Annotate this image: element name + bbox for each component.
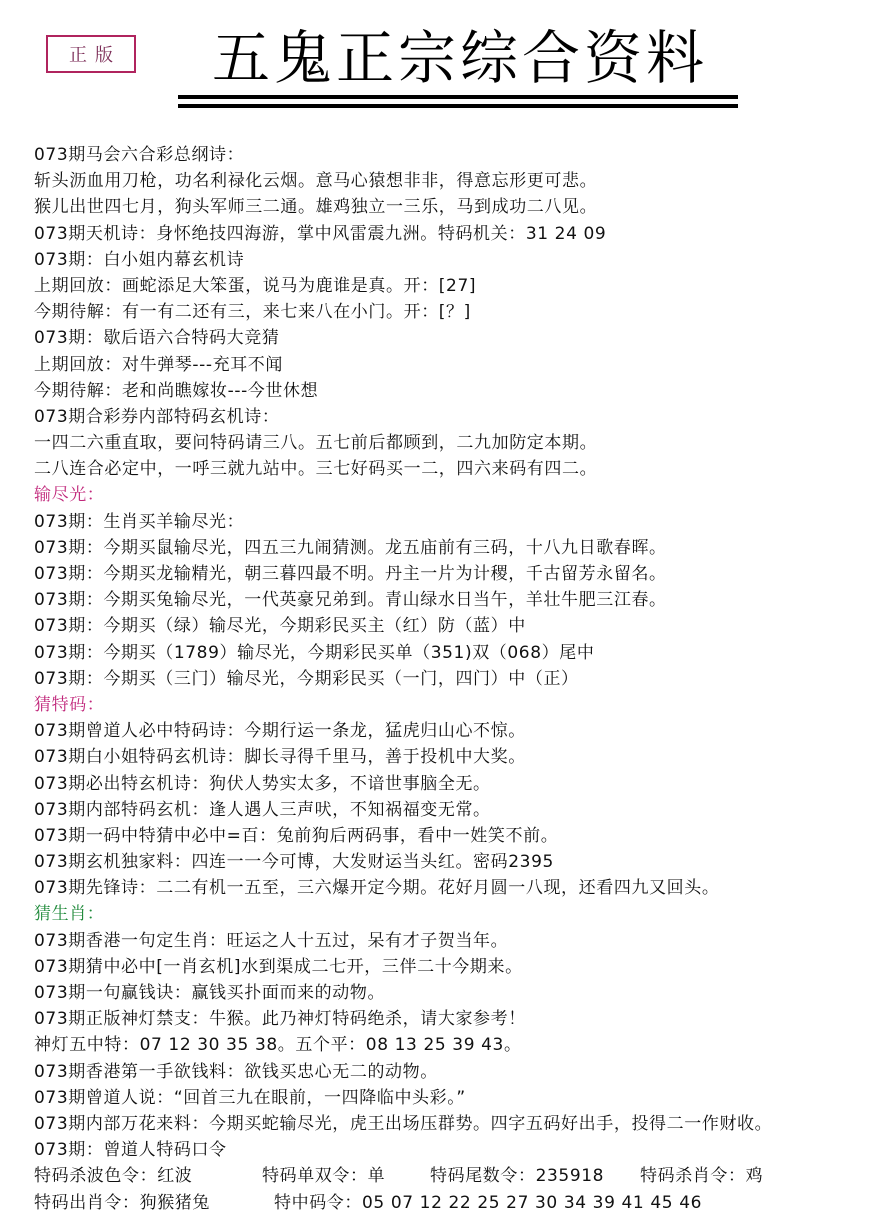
text-line: 073期白小姐特码玄机诗：脚长寻得千里马，善于投机中大奖。 (34, 744, 894, 770)
title-divider-top (178, 95, 738, 99)
text-line: 073期：曾道人特码口令 (34, 1137, 894, 1163)
text-line: 073期内部万花来料：今期买蛇输尽光，虎王出场压群势。四字五码好出手，投得二一作… (34, 1111, 894, 1137)
text-line: 猴儿出世四七月，狗头军师三二通。雄鸡独立一三乐，马到成功二八见。 (34, 194, 894, 220)
text-line: 073期香港一句定生肖：旺运之人十五过，呆有才子贺当年。 (34, 928, 894, 954)
text-line: 073期：今期买兔输尽光，一代英豪兄弟到。青山绿水日当午，羊壮牛肥三江春。 (34, 587, 894, 613)
text-line: 今期待解：有一有二还有三，来七来八在小门。开：[？] (34, 299, 894, 325)
text-line: 073期：今期买（三门）输尽光，今期彩民买（一门，四门）中（正） (34, 666, 894, 692)
text-line: 073期：今期买（1789）输尽光，今期彩民买单（351)双（068）尾中 (34, 640, 894, 666)
text-line: 073期：今期买龙输精光，朝三暮四最不明。丹主一片为计稷，千古留芳永留名。 (34, 561, 894, 587)
text-line: 二八连合必定中，一呼三就九站中。三七好码买一二，四六来码有四二。 (34, 456, 894, 482)
text-line: 073期天机诗：身怀绝技四海游，掌中风雷震九洲。特码机关：31 24 09 (34, 221, 894, 247)
text-line: 上期回放：对牛弹琴---充耳不闻 (34, 352, 894, 378)
content-body: 073期马会六合彩总纲诗： 斩头沥血用刀枪，功名利禄化云烟。意马心猿想非非，得意… (34, 142, 894, 1216)
text-line: 073期曾道人说：“回首三九在眼前，一四降临中头彩。” (34, 1085, 894, 1111)
text-line: 一四二六重直取，要问特码请三八。五七前后都顾到，二九加防定本期。 (34, 430, 894, 456)
text-line: 073期内部特码玄机：逢人遇人三声吠，不知祸福变无常。 (34, 797, 894, 823)
text-line: 073期马会六合彩总纲诗： (34, 142, 894, 168)
order-tail: 特码尾数令：235918 (430, 1163, 640, 1189)
text-line: 斩头沥血用刀枪，功名利禄化云烟。意马心猿想非非，得意忘形更可悲。 (34, 168, 894, 194)
text-line: 073期：白小姐内幕玄机诗 (34, 247, 894, 273)
text-line: 今期待解：老和尚瞧嫁妆---今世休想 (34, 378, 894, 404)
orders-row-1: 特码杀波色令：红波特码单双令：单特码尾数令：235918特码杀肖令：鸡 (34, 1163, 894, 1189)
text-line: 073期合彩券内部特码玄机诗： (34, 404, 894, 430)
text-line: 073期香港第一手欲钱料：欲钱买忠心无二的动物。 (34, 1059, 894, 1085)
section-heading-guess-zodiac: 猜生肖： (34, 901, 894, 927)
title-divider-bottom (178, 104, 738, 108)
text-line: 073期正版神灯禁支：牛猴。此乃神灯特码绝杀，请大家参考！ (34, 1006, 894, 1032)
page-title: 五鬼正宗综合资料 (182, 22, 738, 94)
order-kill-color: 特码杀波色令：红波 (34, 1163, 262, 1189)
orders-row-2: 特码出肖令：狗猴猪兔特中码令：05 07 12 22 25 27 30 34 3… (34, 1190, 894, 1216)
text-line: 073期一码中特猜中必中=百：兔前狗后两码事，看中一姓笑不前。 (34, 823, 894, 849)
text-line: 073期：生肖买羊输尽光： (34, 509, 894, 535)
text-line: 神灯五中特：07 12 30 35 38。五个平：08 13 25 39 43。 (34, 1032, 894, 1058)
text-line: 073期猜中必中[一肖玄机]水到渠成二七开，三伴二十今期来。 (34, 954, 894, 980)
text-line: 上期回放：画蛇添足大笨蛋，说马为鹿谁是真。开：[27] (34, 273, 894, 299)
section-heading-guess-special: 猜特码： (34, 692, 894, 718)
section-heading-lose-all: 输尽光： (34, 482, 894, 508)
text-line: 073期玄机独家料：四连一一今可博，大发财运当头红。密码2395 (34, 849, 894, 875)
order-numbers: 特中码令：05 07 12 22 25 27 30 34 39 41 45 46 (274, 1190, 702, 1216)
text-line: 073期先锋诗：二二有机一五至，三六爆开定今期。花好月圆一八现，还看四九又回头。 (34, 875, 894, 901)
text-line: 073期一句赢钱诀：赢钱买扑面而来的动物。 (34, 980, 894, 1006)
text-line: 073期：今期买鼠输尽光，四五三九闹猜测。龙五庙前有三码，十八九日歌春晖。 (34, 535, 894, 561)
text-line: 073期：歇后语六合特码大竞猜 (34, 325, 894, 351)
order-odd-even: 特码单双令：单 (262, 1163, 430, 1189)
text-line: 073期曾道人必中特码诗：今期行运一条龙，猛虎归山心不惊。 (34, 718, 894, 744)
text-line: 073期：今期买（绿）输尽光，今期彩民买主（红）防（蓝）中 (34, 613, 894, 639)
text-line: 073期必出特玄机诗：狗伏人势实太多，不谙世事脑全无。 (34, 771, 894, 797)
genuine-badge: 正版 (46, 35, 136, 73)
order-kill-zodiac: 特码杀肖令：鸡 (640, 1163, 763, 1189)
order-out-zodiac: 特码出肖令：狗猴猪兔 (34, 1190, 274, 1216)
